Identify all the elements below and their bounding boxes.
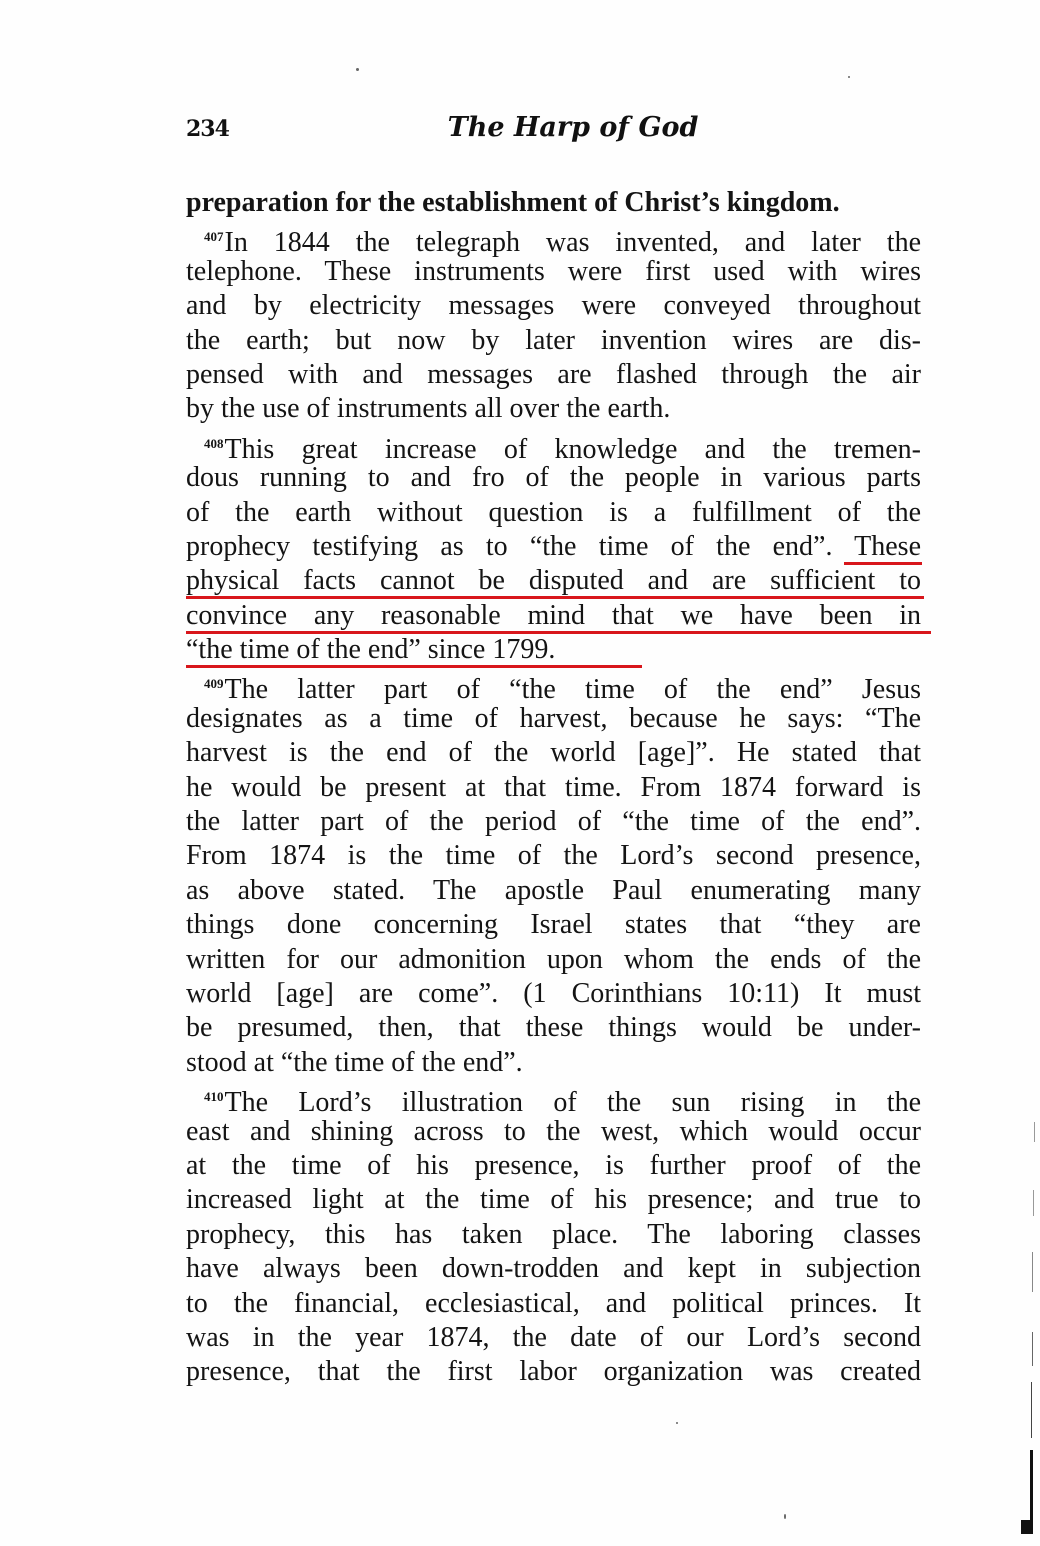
text-line: telephone. These instruments were first … [186,255,921,289]
text-line: “the time of the end” since 1799. [186,633,921,667]
text-line: presence, that the first labor organizat… [186,1355,921,1389]
scan-edge-mark [1021,1520,1031,1534]
text-line: stood at “the time of the end”. [186,1046,921,1080]
text-line: 409The latter part of “the time of the e… [186,667,921,701]
text-line: convince any reasonable mind that we hav… [186,599,921,633]
text-line: at the time of his presence, is further … [186,1149,921,1183]
running-head: 234 The Harp of God [186,112,920,152]
scan-speck [676,1422,678,1424]
text-line: dous running to and fro of the people in… [186,461,921,495]
text-line: east and shining across to the west, whi… [186,1115,921,1149]
text-line: of the earth without question is a fulfi… [186,496,921,530]
scan-edge-mark [1031,1382,1032,1438]
text-line: increased light at the time of his prese… [186,1183,921,1217]
paragraph-number: 409 [204,676,224,691]
scan-edge-mark [1033,1190,1034,1216]
text-line: was in the year 1874, the date of our Lo… [186,1321,921,1355]
text-line: prophecy testifying as to “the time of t… [186,530,921,564]
scan-speck [784,1514,786,1519]
paragraph-number: 407 [204,229,224,244]
body-text: preparation for the establishment of Chr… [186,186,921,1390]
text-line: the latter part of the period of “the ti… [186,805,921,839]
text-line: and by electricity messages were conveye… [186,289,921,323]
text-line: be presumed, then, that these things wou… [186,1011,921,1045]
text-line: designates as a time of harvest, because… [186,702,921,736]
text-line: by the use of instruments all over the e… [186,392,921,426]
text-line: he would be present at that time. From 1… [186,771,921,805]
scan-edge-mark [1032,1332,1033,1366]
text-line: as above stated. The apostle Paul enumer… [186,874,921,908]
text-line: 408This great increase of knowledge and … [186,427,921,461]
text-line: written for our admonition upon whom the… [186,943,921,977]
text-line: pensed with and messages are flashed thr… [186,358,921,392]
text-line: things done concerning Israel states tha… [186,908,921,942]
book-title: The Harp of God [186,112,920,143]
scan-speck [356,68,359,71]
text-line: 410The Lord’s illustration of the sun ri… [186,1080,921,1114]
text-line: physical facts cannot be disputed and ar… [186,564,921,598]
text-line: world [age] are come”. (1 Corinthians 10… [186,977,921,1011]
text-line: preparation for the establishment of Chr… [186,186,921,220]
scan-edge-mark [1032,1252,1033,1292]
paragraph-number: 408 [204,436,224,451]
scan-speck [848,76,850,78]
book-page: 234 The Harp of God preparation for the … [0,0,1040,1546]
scan-edge-mark [1034,1122,1035,1142]
text-line: From 1874 is the time of the Lord’s seco… [186,839,921,873]
text-line: 407In 1844 the telegraph was invented, a… [186,220,921,254]
paragraph-number: 410 [204,1089,224,1104]
text-line: have always been down-trodden and kept i… [186,1252,921,1286]
text-line: prophecy, this has taken place. The labo… [186,1218,921,1252]
text-line: harvest is the end of the world [age]”. … [186,736,921,770]
text-line: the earth; but now by later invention wi… [186,324,921,358]
text-line: to the financial, ecclesiastical, and po… [186,1287,921,1321]
